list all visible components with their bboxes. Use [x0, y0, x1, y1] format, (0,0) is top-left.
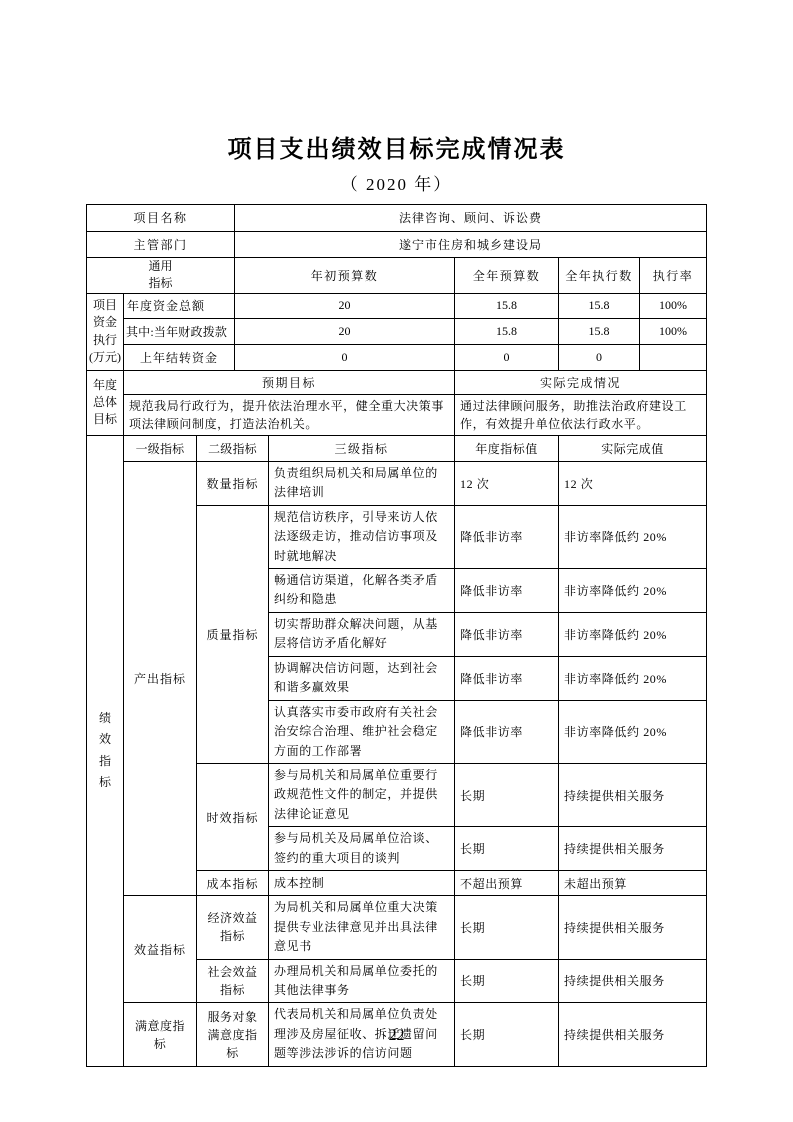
actual-completion-header: 实际完成情况 — [455, 370, 707, 394]
project-name-value: 法律咨询、顾问、诉讼费 — [235, 204, 707, 231]
funding-cell: 0 — [455, 344, 559, 370]
funding-cell — [640, 344, 707, 370]
funding-cell: 15.8 — [559, 318, 640, 344]
funding-cell: 100% — [640, 293, 707, 318]
actual-value: 持续提供相关服务 — [559, 959, 707, 1003]
actual-value: 非访率降低约 20% — [559, 505, 707, 568]
indicator-text: 负责组织局机关和局属单位的法律培训 — [269, 461, 455, 505]
indicator-text: 参与局机关和局属单位重要行政规范性文件的制定，并提供法律论证意见 — [269, 764, 455, 827]
actual-completion-text: 通过法律顾问服务，助推法治政府建设工作，有效提升单位依法行政水平。 — [455, 394, 707, 435]
actual-value: 非访率降低约 20% — [559, 568, 707, 612]
performance-table: 项目名称 法律咨询、顾问、诉讼费 主管部门 遂宁市住房和城乡建设局 通用 指标 … — [86, 204, 707, 1067]
target-value: 降低非访率 — [455, 505, 559, 568]
funding-cell: 15.8 — [455, 293, 559, 318]
level2-quantity: 数量指标 — [196, 461, 268, 505]
target-value: 12 次 — [455, 461, 559, 505]
indicator-text: 认真落实市委市政府有关社会治安综合治理、维护社会稳定方面的工作部署 — [269, 700, 455, 763]
funding-cell: 20 — [235, 318, 455, 344]
level1-output: 产出指标 — [123, 461, 196, 895]
target-value: 长期 — [455, 764, 559, 827]
header-level3: 三级指标 — [269, 435, 455, 461]
funding-cell: 15.8 — [455, 318, 559, 344]
col-initial-budget: 年初预算数 — [235, 257, 455, 293]
indicator-text: 畅通信访渠道，化解各类矛盾纠纷和隐患 — [269, 568, 455, 612]
funding-side-label: 项目 资金 执行 (万元) — [86, 293, 123, 370]
level2-cost: 成本指标 — [196, 871, 268, 896]
target-value: 降低非访率 — [455, 612, 559, 656]
indicator-text: 参与局机关及局属单位洽谈、签约的重大项目的谈判 — [269, 827, 455, 871]
general-indicator-label: 通用 指标 — [86, 257, 234, 293]
funding-row-label: 上年结转资金 — [123, 344, 234, 370]
col-full-exec: 全年执行数 — [559, 257, 640, 293]
level1-benefit: 效益指标 — [123, 896, 196, 1003]
header-level2: 二级指标 — [196, 435, 268, 461]
indicator-text: 规范信访秩序，引导来访人依法逐级走访，推动信访事项及时就地解决 — [269, 505, 455, 568]
target-value: 长期 — [455, 959, 559, 1003]
expected-goal-header: 预期目标 — [123, 370, 454, 394]
funding-row-label: 其中:当年财政拨款 — [123, 318, 234, 344]
indicator-text: 为局机关和局属单位重大决策提供专业法律意见并出具法律意见书 — [269, 896, 455, 959]
funding-cell: 15.8 — [559, 293, 640, 318]
header-target: 年度指标值 — [455, 435, 559, 461]
actual-value: 非访率降低约 20% — [559, 656, 707, 700]
project-name-label: 项目名称 — [86, 204, 234, 231]
indicator-text: 协调解决信访问题，达到社会和谐多赢效果 — [269, 656, 455, 700]
page-title: 项目支出绩效目标完成情况表 — [0, 0, 793, 165]
department-label: 主管部门 — [86, 231, 234, 257]
target-value: 降低非访率 — [455, 656, 559, 700]
actual-value: 12 次 — [559, 461, 707, 505]
target-value: 降低非访率 — [455, 568, 559, 612]
header-actual: 实际完成值 — [559, 435, 707, 461]
actual-value: 非访率降低约 20% — [559, 700, 707, 763]
perf-side-label: 绩 效 指 标 — [86, 435, 123, 1066]
level2-timeliness: 时效指标 — [196, 764, 268, 871]
actual-value: 持续提供相关服务 — [559, 827, 707, 871]
page-subtitle: （ 2020 年） — [0, 170, 793, 195]
level2-economic: 经济效益 指标 — [196, 896, 268, 959]
indicator-text: 切实帮助群众解决问题，从基层将信访矛盾化解好 — [269, 612, 455, 656]
col-exec-rate: 执行率 — [640, 257, 707, 293]
level2-social: 社会效益 指标 — [196, 959, 268, 1003]
actual-value: 未超出预算 — [559, 871, 707, 896]
target-value: 长期 — [455, 896, 559, 959]
target-value: 降低非访率 — [455, 700, 559, 763]
funding-cell: 0 — [559, 344, 640, 370]
funding-row-label: 年度资金总额 — [123, 293, 234, 318]
funding-cell: 0 — [235, 344, 455, 370]
actual-value: 持续提供相关服务 — [559, 764, 707, 827]
header-level1: 一级指标 — [123, 435, 196, 461]
annual-goal-side-label: 年度 总体 目标 — [86, 370, 123, 435]
target-value: 长期 — [455, 827, 559, 871]
department-value: 遂宁市住房和城乡建设局 — [235, 231, 707, 257]
indicator-text: 办理局机关和局属单位委托的其他法律事务 — [269, 959, 455, 1003]
expected-goal-text: 规范我局行政行为，提升依法治理水平，健全重大决策事项法律顾问制度，打造法治机关。 — [123, 394, 454, 435]
level2-quality: 质量指标 — [196, 505, 268, 763]
page-number: 22 — [0, 1027, 793, 1045]
indicator-text: 成本控制 — [269, 871, 455, 896]
actual-value: 持续提供相关服务 — [559, 896, 707, 959]
actual-value: 非访率降低约 20% — [559, 612, 707, 656]
target-value: 不超出预算 — [455, 871, 559, 896]
funding-cell: 100% — [640, 318, 707, 344]
funding-cell: 20 — [235, 293, 455, 318]
col-full-budget: 全年预算数 — [455, 257, 559, 293]
